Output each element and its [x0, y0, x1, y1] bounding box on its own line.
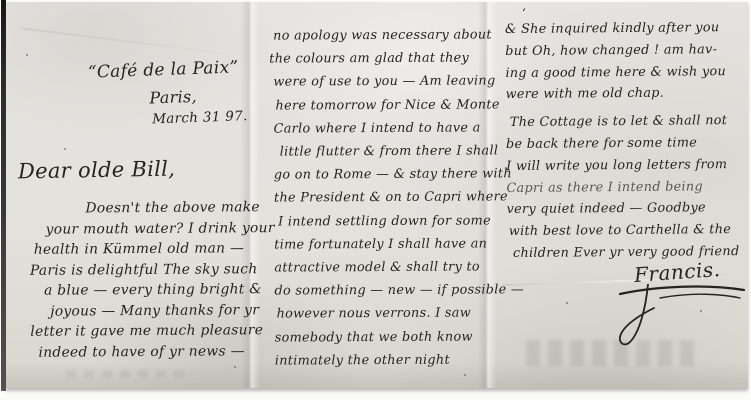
- paper-speck: [64, 148, 66, 150]
- letter-scan: ‘ “Café de la Paix” Paris, March 31 97. …: [0, 0, 751, 400]
- letter-line: no apology was necessary about: [273, 23, 488, 47]
- letterhead-city: Paris,: [82, 85, 265, 110]
- paper-speck: [566, 302, 568, 304]
- letter-column-left: Doesn't the above make your mouth water?…: [29, 197, 255, 363]
- letter-line: a blue — every thing bright &: [44, 279, 255, 301]
- letter-line: I will write you long letters from: [506, 154, 746, 178]
- letter-line: the colours am glad that they: [269, 47, 488, 71]
- letterhead-date: March 31 97.: [135, 107, 265, 128]
- letter-line: with best love to Carthella & the: [509, 219, 747, 243]
- ink-showthrough: [66, 370, 186, 378]
- letter-line: the President & on to Capri where: [274, 186, 489, 210]
- letter-line: time fortunately I shall have an: [274, 232, 489, 256]
- salutation: Dear olde Bill,: [18, 157, 176, 184]
- letterhead: “Café de la Paix” Paris, March 31 97.: [63, 57, 265, 131]
- letter-line: Paris is delightful The sky such: [30, 259, 255, 281]
- letter-line: health in Kümmel old man —: [34, 238, 255, 260]
- letter-line: do something — new — if possible —: [274, 279, 489, 303]
- letter-line: indeed to have of yr news —: [38, 341, 255, 363]
- letter-line: go on to Rome — & stay there with: [274, 163, 489, 187]
- letter-line: however nous verrons. I saw: [277, 302, 490, 326]
- letter-column-right: & She inquired kindly after you but Oh, …: [505, 17, 747, 265]
- letter-line: here tomorrow for Nice & Monte: [275, 93, 488, 117]
- letter-paper: ‘ “Café de la Paix” Paris, March 31 97. …: [6, 2, 748, 388]
- letter-line: ing a good time here & wish you: [505, 61, 745, 85]
- letter-line: little flutter & from there I shall: [280, 139, 489, 163]
- ink-showthrough: [526, 340, 696, 366]
- paper-speck: [234, 366, 236, 368]
- letter-column-middle: no apology was necessary about the colou…: [273, 23, 490, 372]
- paper-speck: [464, 374, 466, 376]
- letter-line: I intend settling down for some: [278, 209, 489, 233]
- letterhead-venue: “Café de la Paix”: [63, 57, 264, 84]
- paper-speck: [26, 54, 28, 56]
- letter-line: & She inquired kindly after you: [505, 17, 745, 41]
- letter-line: letter it gave me much pleasure: [30, 320, 255, 342]
- letter-line: be back there for some time: [506, 132, 746, 156]
- letter-line: were of use to you — Am leaving: [273, 70, 488, 94]
- letter-line: attractive model & shall try to: [274, 255, 489, 279]
- letter-line: very quiet indeed — Goodbye: [507, 197, 747, 221]
- letter-line: Carlo where I intend to have a: [274, 116, 489, 140]
- signature: Francis.: [633, 257, 721, 287]
- letter-line: Capri as there I intend being: [506, 176, 746, 200]
- letter-line: intimately the other night: [275, 348, 490, 372]
- paper-crease: [22, 27, 243, 56]
- letter-line: your mouth water? I drink your: [46, 218, 255, 240]
- letter-line: were with me old chap.: [506, 82, 746, 106]
- letter-line: The Cottage is to let & shall not: [510, 110, 746, 134]
- letter-line: but Oh, how changed ! am hav-: [505, 39, 745, 63]
- letter-line: Doesn't the above make: [85, 197, 254, 219]
- letter-line: joyous — Many thanks for yr: [50, 300, 255, 322]
- letter-line: somebody that we both know: [275, 325, 490, 349]
